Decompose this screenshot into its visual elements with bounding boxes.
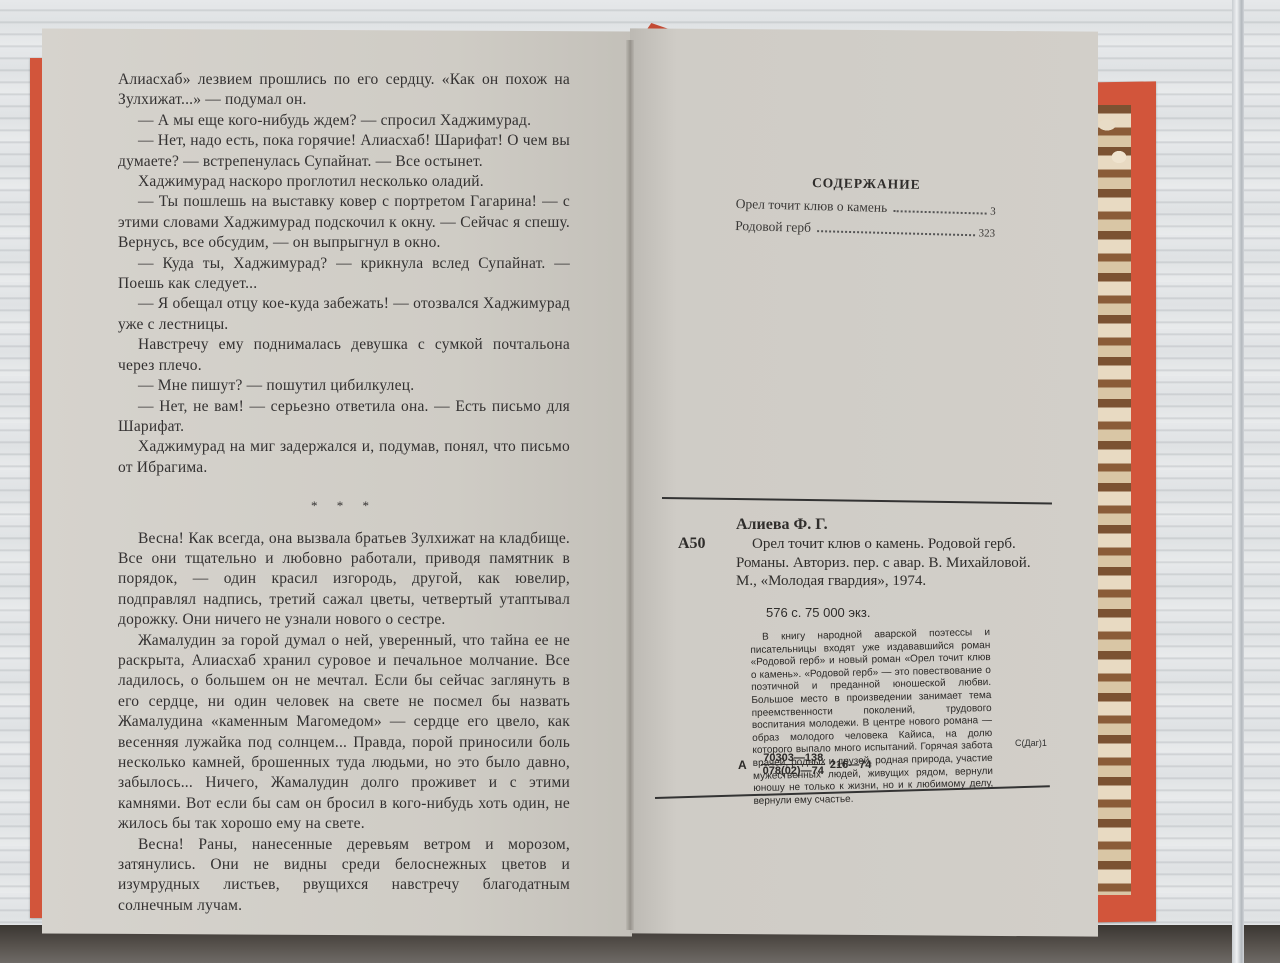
paragraph: — Нет, не вам! — серьезно ответила она. … — [118, 397, 570, 438]
paragraph: Хаджимурад наскоро проглотил несколько о… — [118, 172, 570, 192]
catalog-signature: С(Даг)1 — [1015, 738, 1047, 748]
catalog-index: А 70303—138 078(02)—74 216—74 — [738, 752, 871, 777]
index-denominator: 078(02)—74 — [761, 765, 826, 777]
left-page-text: Алиасхаб» лезвием прошлись по его сердцу… — [118, 70, 570, 916]
paragraph: — Нет, надо есть, пока горячие! Алиасхаб… — [118, 131, 570, 172]
contents-entry-label: Орел точит клюв о камень — [736, 196, 888, 216]
paragraph: Хаджимурад на миг задержался и, подумав,… — [118, 437, 570, 478]
index-fraction: 70303—138 078(02)—74 — [761, 752, 826, 777]
metal-rail — [1232, 0, 1244, 963]
index-numerator: 70303—138 — [761, 752, 825, 765]
section-separator: * * * — [118, 496, 570, 516]
contents-entry-page: 323 — [978, 227, 995, 239]
paragraph: — Куда ты, Хаджимурад? — крикнула вслед … — [118, 254, 570, 295]
contents-list: Орел точит клюв о камень 3 Родовой герб … — [735, 196, 996, 247]
catalog-pages-print-run: 576 с. 75 000 экз. — [766, 605, 870, 620]
catalog-code: А50 — [678, 535, 706, 553]
leader-dots — [893, 210, 986, 214]
catalog-author: Алиева Ф. Г. — [736, 516, 828, 534]
index-letter: А — [738, 758, 747, 772]
contents-title: СОДЕРЖАНИЕ — [812, 175, 921, 193]
paragraph: Весна! Как всегда, она вызвала братьев З… — [118, 529, 570, 631]
catalog-annotation: В книгу народной аварской поэтессы и пис… — [750, 627, 994, 808]
paragraph: — Мне пишут? — пошутил цибилкулец. — [118, 376, 570, 396]
catalog-description: Орел точит клюв о камень. Родовой герб. … — [736, 535, 1036, 591]
paragraph: — А мы еще кого-нибудь ждем? — спросил Х… — [118, 111, 570, 131]
book-gutter — [626, 40, 634, 930]
paragraph: Навстречу ему поднималась девушка с сумк… — [118, 335, 570, 376]
paragraph: Алиасхаб» лезвием прошлись по его сердцу… — [118, 70, 570, 111]
index-suffix: 216—74 — [830, 759, 872, 771]
paragraph: — Ты пошлешь на выставку ковер с портрет… — [118, 192, 570, 253]
decorative-endpaper — [1097, 105, 1131, 895]
leader-dots — [817, 230, 975, 236]
paragraph: Жамалудин за горой думал о ней, уверенны… — [118, 631, 570, 835]
paragraph: Весна! Раны, нанесенные деревьям ветром … — [118, 835, 570, 917]
contents-entry-page: 3 — [990, 206, 996, 218]
paragraph: — Я обещал отцу кое-куда забежать! — ото… — [118, 294, 570, 335]
contents-entry-label: Родовой герб — [735, 218, 811, 236]
